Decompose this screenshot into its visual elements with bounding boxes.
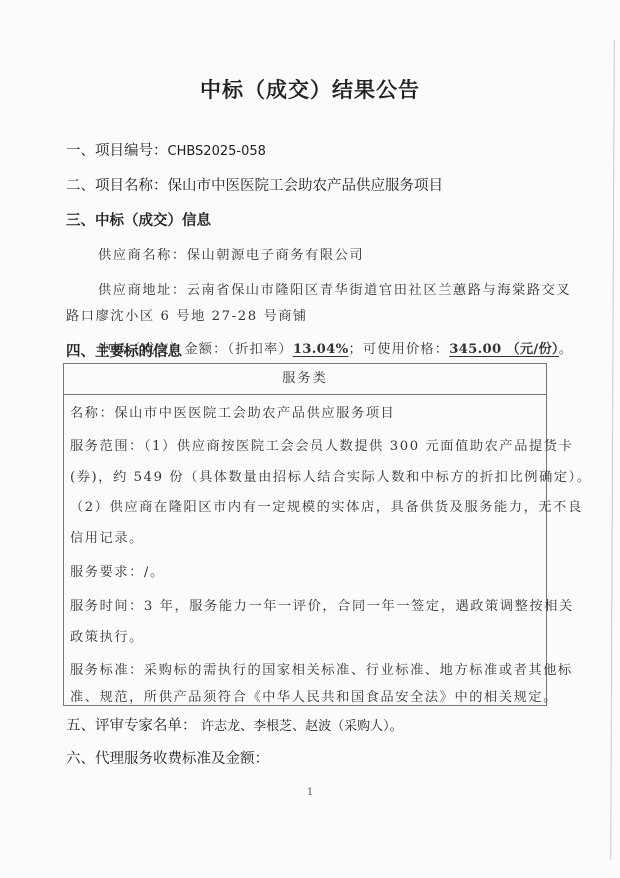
project-number-label: 一、项目编号： xyxy=(66,143,168,159)
table-header-service-category: 服务类 xyxy=(64,364,546,395)
supplier-address-line1: 供应商地址：云南省保山市隆阳区青华街道官田社区兰蕙路与海棠路交叉 xyxy=(98,279,571,298)
scan-edge-line xyxy=(610,40,615,860)
supplier-name-label: 供应商名称： xyxy=(98,248,187,263)
document-title: 中标（成交）结果公告 xyxy=(0,74,620,104)
table-line-requirements: 服务要求：/。 xyxy=(70,561,165,580)
experts-label: 五、评审专家名单： xyxy=(66,718,197,734)
supplier-name-value: 保山朝源电子商务有限公司 xyxy=(187,248,364,263)
section-project-name: 二、项目名称：保山市中医医院工会助农产品供应服务项目 xyxy=(66,174,443,195)
discount-rate-value: 13.04% xyxy=(293,342,349,357)
table-line-scope-4: 信用记录。 xyxy=(70,527,144,546)
award-amount-suffix: 。 xyxy=(559,342,573,357)
project-name-label: 二、项目名称： xyxy=(66,178,168,194)
table-line-name: 名称：保山市中医医院工会助农产品供应服务项目 xyxy=(70,402,395,421)
award-amount-mid: ；可使用价格： xyxy=(348,342,449,357)
supplier-address-label: 供应商地址： xyxy=(98,283,187,298)
supplier-name-line: 供应商名称：保山朝源电子商务有限公司 xyxy=(98,244,364,263)
table-line-standard-2: 准、规范，所供产品须符合《中华人民共和国食品安全法》中的相关规定。 xyxy=(70,686,558,705)
table-line-service-time-1: 服务时间：3 年，服务能力一年一评价，合同一年一签定，遇政策调整按相关 xyxy=(70,595,574,614)
usable-price-value: 345.00 （元/份） xyxy=(449,342,559,357)
section-award-info-heading: 三、中标（成交）信息 xyxy=(66,209,211,230)
section-agency-fee: 六、代理服务收费标准及金额： xyxy=(66,747,269,768)
project-name-value: 保山市中医医院工会助农产品供应服务项目 xyxy=(168,178,444,194)
table-line-scope-1: 服务范围：（1）供应商按医院工会会员人数提供 300 元面值助农产品提货卡 xyxy=(70,435,573,454)
project-number-value: CHBS2025-058 xyxy=(168,144,266,159)
table-line-scope-3: （2）供应商在隆阳区市内有一定规模的实体店，具备供货及服务能力，无不良 xyxy=(70,496,583,515)
section-project-number: 一、项目编号：CHBS2025-058 xyxy=(66,139,266,160)
supplier-address-value-1: 云南省保山市隆阳区青华街道官田社区兰蕙路与海棠路交叉 xyxy=(187,283,571,298)
supplier-address-line2: 路口廖沈小区 6 号地 27-28 号商铺 xyxy=(66,305,308,324)
section-main-subject-heading-label: 四、主要标的信息 xyxy=(66,340,182,361)
page-number: 1 xyxy=(0,787,620,798)
main-subject-table: 服务类 名称：保山市中医医院工会助农产品供应服务项目 服务范围：（1）供应商按医… xyxy=(63,363,547,706)
section-experts: 五、评审专家名单： 许志龙、李根芝、赵波（采购人）。 xyxy=(66,714,403,735)
experts-value: 许志龙、李根芝、赵波（采购人）。 xyxy=(201,719,403,734)
table-line-scope-2: (券)，约 549 份（具体数量由招标人结合实际人数和中标方的折扣比例确定）。 xyxy=(70,466,592,485)
table-line-standard-1: 服务标准：采购标的需执行的国家相关标准、行业标准、地方标准或者其他标 xyxy=(70,659,573,678)
table-line-service-time-2: 政策执行。 xyxy=(70,626,144,645)
